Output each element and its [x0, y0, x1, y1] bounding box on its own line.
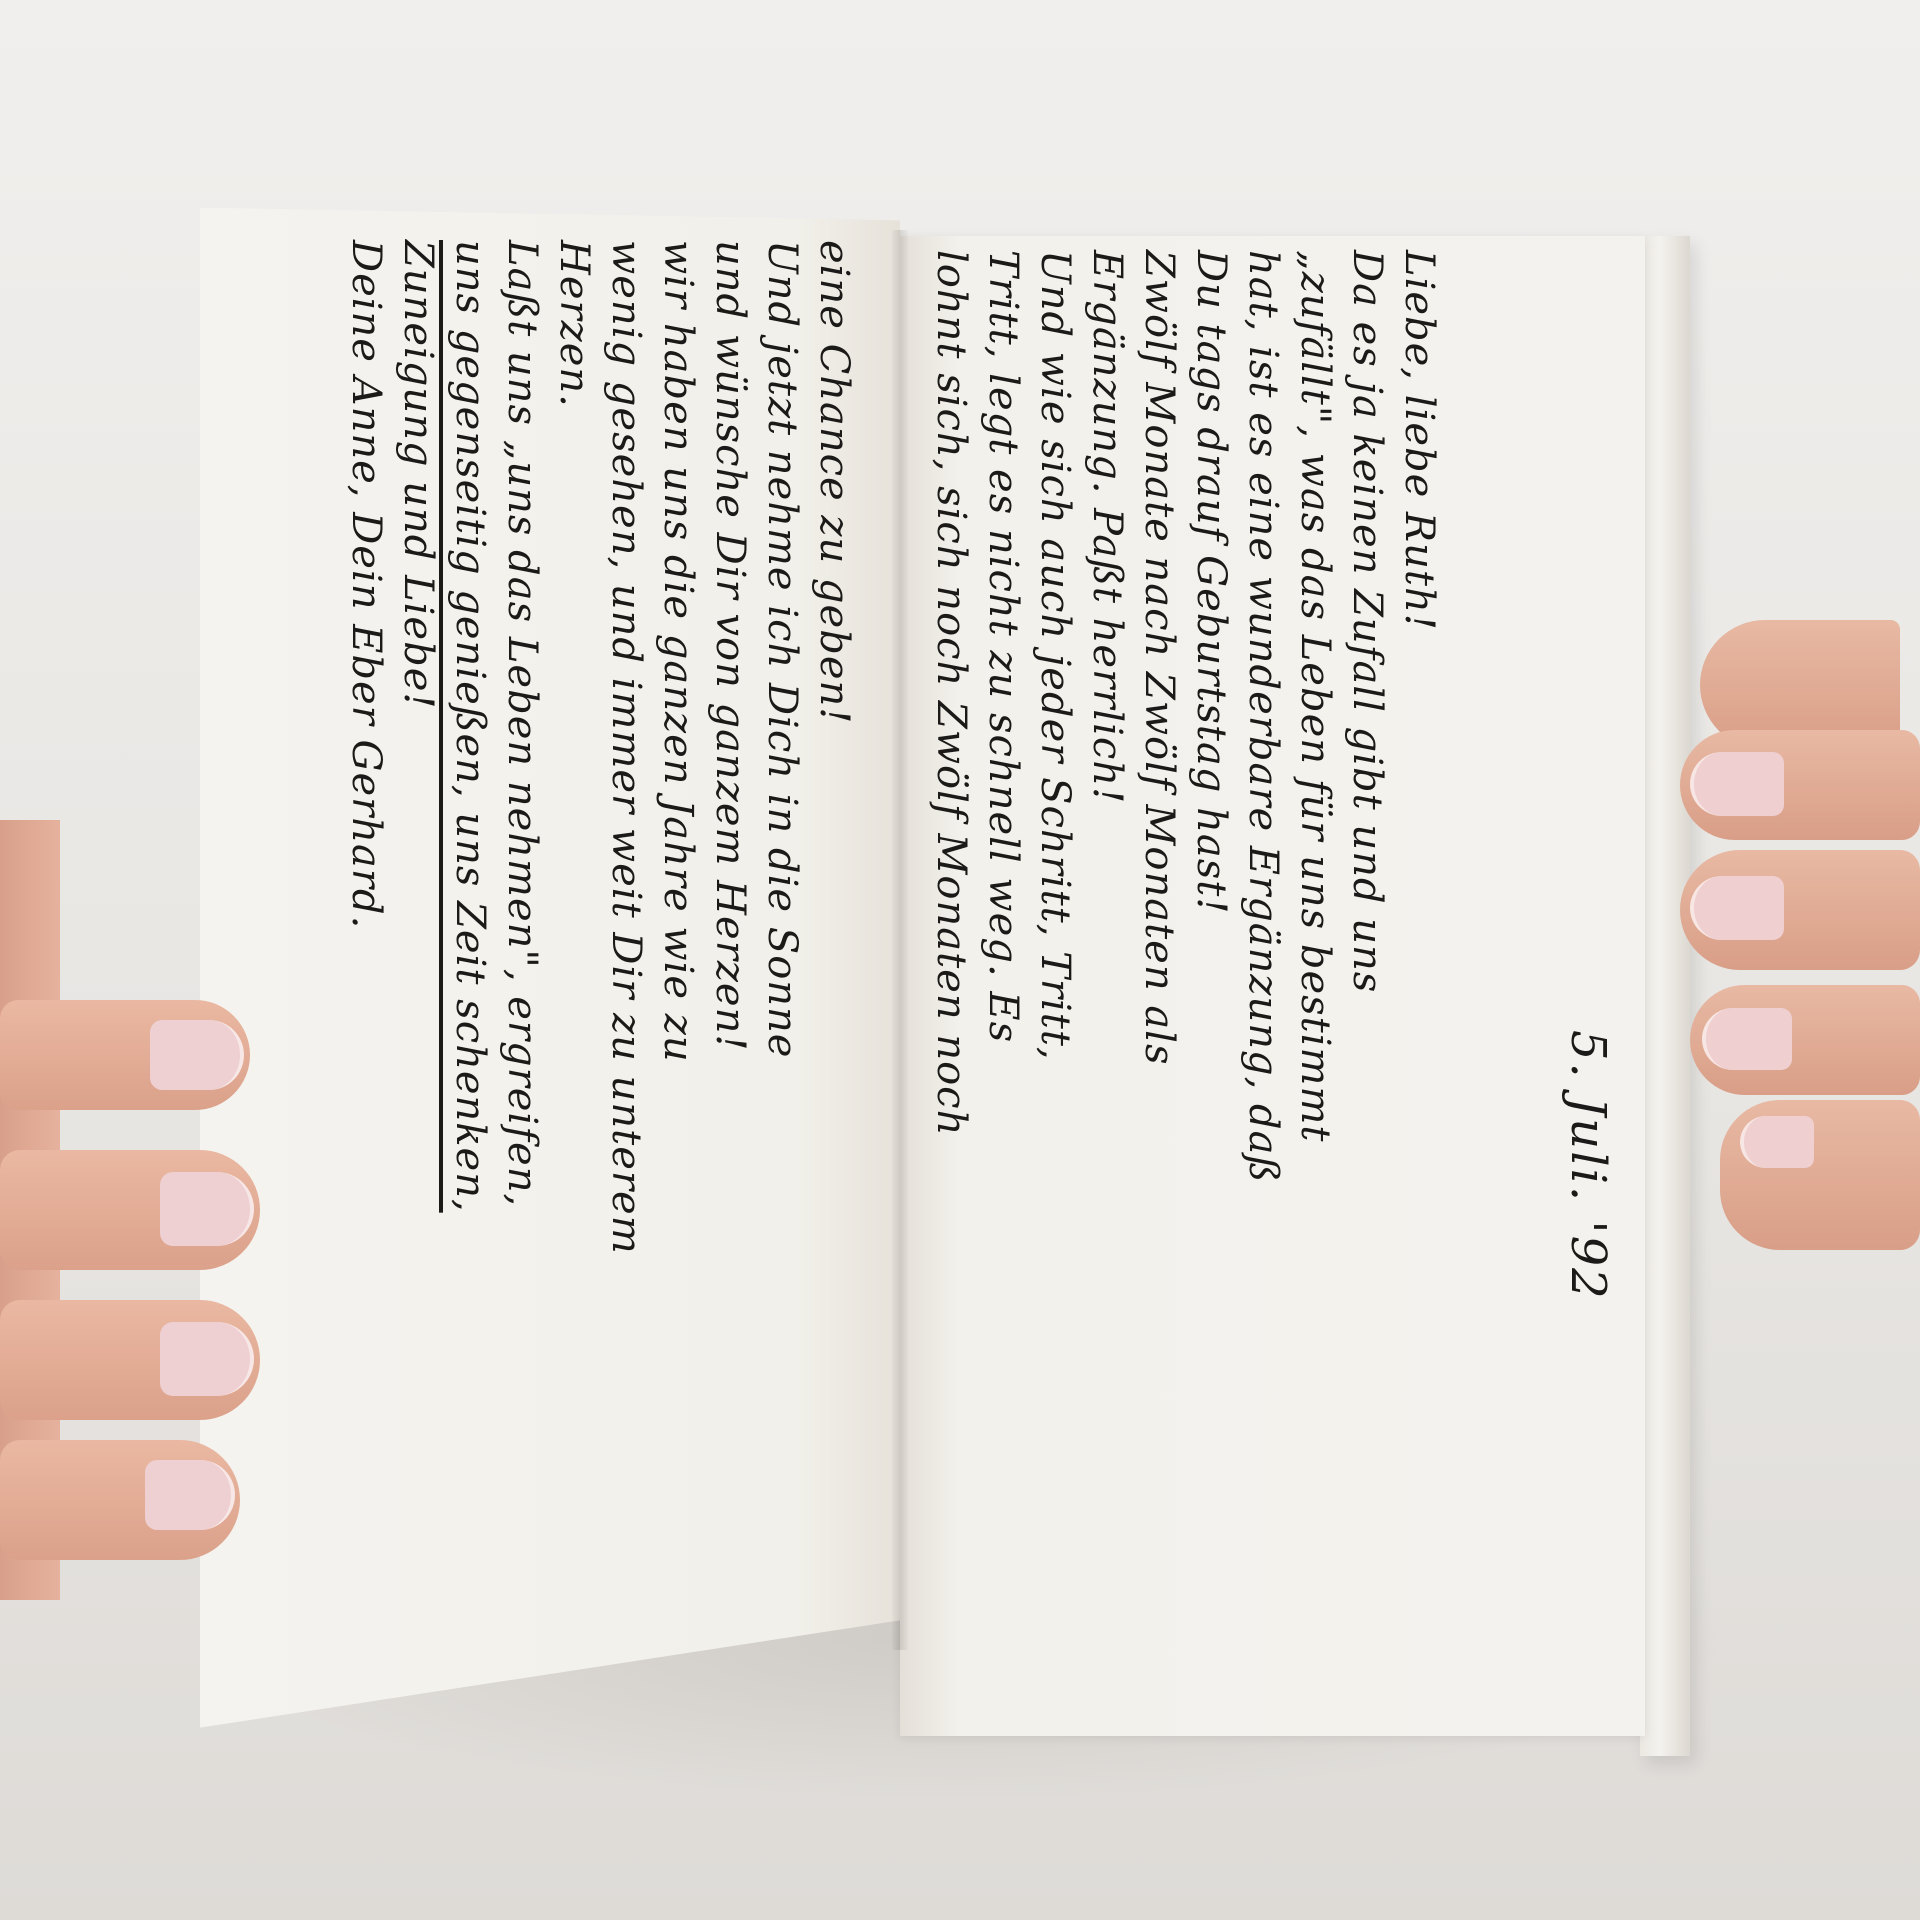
inscription-line: Du tags drauf Geburtstag hast! — [1185, 250, 1237, 1630]
fingernail — [160, 1172, 254, 1246]
fingernail — [1690, 876, 1784, 940]
inscription-line: Laßt uns „uns das Leben nehmen", ergreif… — [496, 240, 548, 1660]
inscription-line: Und wie sich auch jeder Schritt, Tritt, — [1029, 250, 1081, 1630]
fingernail — [1740, 1116, 1814, 1168]
inscription-line: wir haben uns die ganzen Jahre wie zu — [652, 240, 704, 1660]
right-page-inscription: Liebe, liebe Ruth! Da es ja keinen Zufal… — [935, 250, 1445, 1630]
book-gutter — [892, 230, 908, 1650]
inscription-line: Zwölf Monate nach Zwölf Monaten als — [1133, 250, 1185, 1630]
inscription-line: Und jetzt nehme ich Dich in die Sonne — [756, 240, 808, 1660]
inscription-line: Ergänzung. Paßt herrlich! — [1081, 250, 1133, 1630]
inscription-line: Tritt, legt es nicht zu schnell weg. Es — [977, 250, 1029, 1630]
left-hand — [0, 820, 270, 1600]
inscription-line: „zufällt", was das Leben für uns bestimm… — [1289, 250, 1341, 1630]
inscription-date: 5. Juli. '92 — [1560, 1030, 1616, 1301]
inscription-line: lohnt sich, sich noch Zwölf Monaten noch — [925, 250, 977, 1630]
fingernail — [150, 1020, 244, 1090]
fingernail — [1690, 752, 1784, 816]
left-page-inscription: eine Chance zu geben! Und jetzt nehme ic… — [300, 240, 860, 1660]
inscription-line: Herzen. — [548, 240, 600, 1660]
inscription-line: Zuneigung und Liebe! — [392, 240, 444, 1660]
fingernail — [1702, 1008, 1792, 1070]
fingernail — [160, 1322, 254, 1396]
fingernail — [145, 1460, 235, 1530]
right-hand — [1680, 620, 1920, 1300]
inscription-line: hat, ist es eine wunderbare Ergänzung, d… — [1237, 250, 1289, 1630]
signature: Deine Anne, Dein Eber Gerhard. — [340, 240, 392, 1660]
inscription-line: Da es ja keinen Zufall gibt und uns — [1341, 250, 1393, 1630]
inscription-line: wenig gesehen, und immer weit Dir zu unt… — [600, 240, 652, 1660]
inscription-line-underlined: uns gegenseitig genießen, uns Zeit schen… — [444, 240, 496, 1660]
inscription-line: und wünsche Dir von ganzem Herzen! — [704, 240, 756, 1660]
inscription-line: eine Chance zu geben! — [808, 240, 860, 1660]
salutation: Liebe, liebe Ruth! — [1393, 250, 1445, 1630]
